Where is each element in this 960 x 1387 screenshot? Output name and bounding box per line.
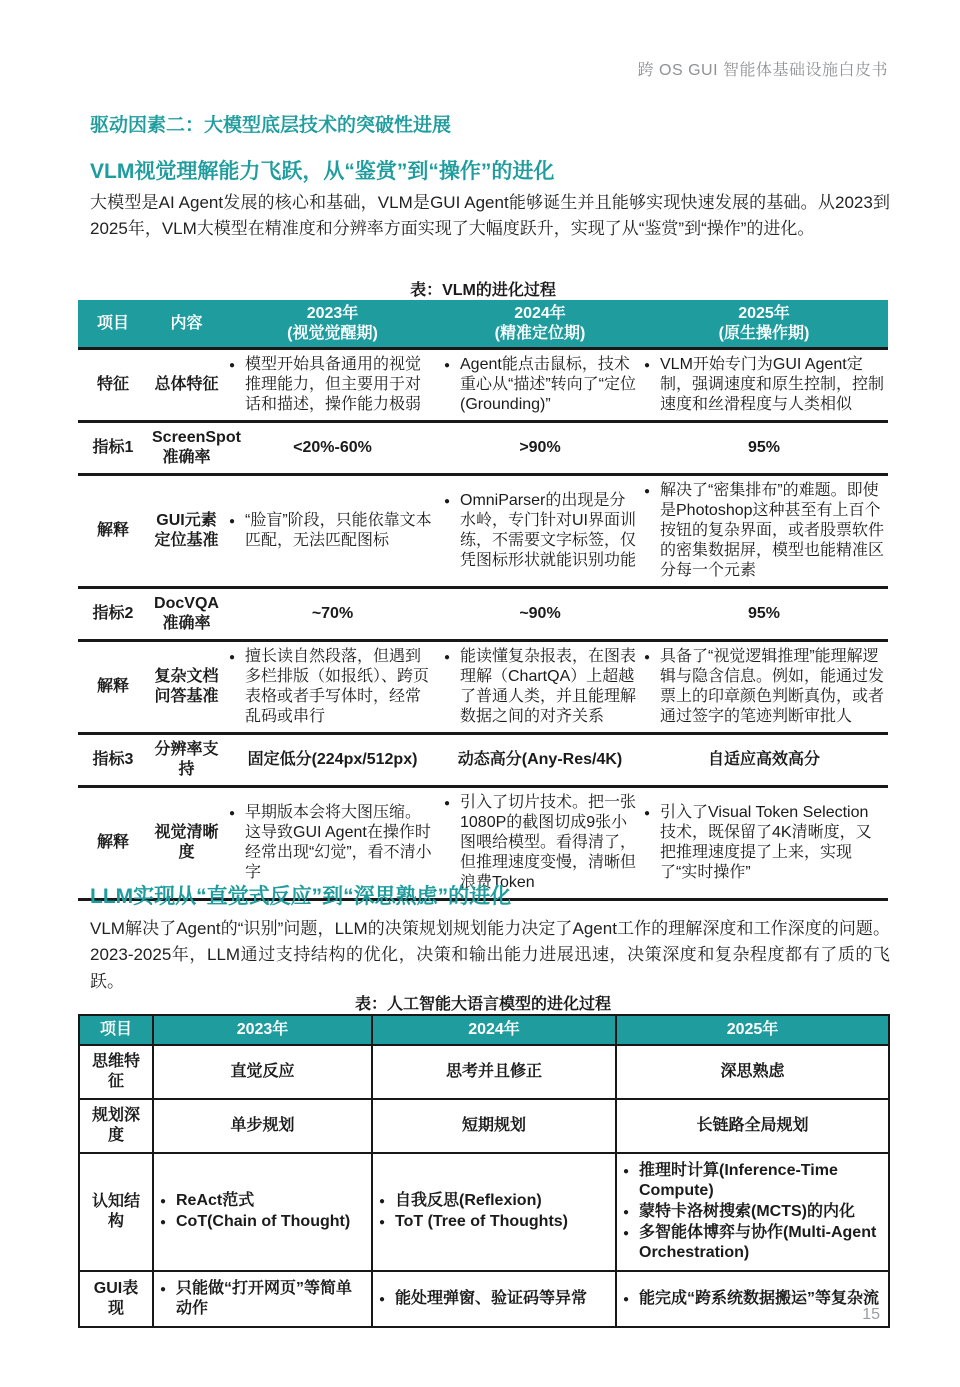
page-number: 15 (862, 1306, 880, 1324)
bullet-icon: ● (444, 793, 460, 809)
t1-row0-item: 特征 (78, 349, 148, 422)
t1-row5-2024: 动态高分(Any-Res/4K) (440, 734, 640, 787)
t2-row2-item: 认知结构 (79, 1153, 153, 1271)
llm-table: 项目 2023年 2024年 2025年 思维特征 直觉反应 思考并且修正 深思… (78, 1014, 890, 1328)
bullet-icon: ● (379, 1191, 395, 1207)
t1-row4-item: 解释 (78, 641, 148, 734)
vlm-table: 项目 内容 2023年 (视觉觉醒期) 2024年 (精准定位期) 2025年 … (78, 300, 888, 901)
t2-row3-2025: ●能完成“跨系统数据搬运”等复杂流 (616, 1271, 889, 1327)
t1-header-2025-line2: (原生操作期) (642, 324, 886, 344)
table-row: 解释 复杂文档问答基准 ●擅长读自然段落，但遇到多栏排版（如报纸）、跨页表格或者… (78, 641, 888, 734)
bullet-icon: ● (623, 1202, 639, 1218)
llm-table-caption: 表：人工智能大语言模型的进化过程 (78, 991, 888, 1014)
t1-row1-content: ScreenSpot准确率 (148, 422, 225, 475)
bullet-icon: ● (160, 1212, 176, 1228)
t1-row2-item: 解释 (78, 475, 148, 588)
t2-row3-item: GUI表现 (79, 1271, 153, 1327)
bullet-icon: ● (644, 355, 660, 371)
t1-row0-2024: ●Agent能点击鼠标，技术重心从“描述”转向了“定位(Grounding)” (440, 349, 640, 422)
t2-row2-2025: ●推理时计算(Inference-Time Compute) ●蒙特卡洛树搜索(… (616, 1153, 889, 1271)
table-row: 指标1 ScreenSpot准确率 <20%-60% >90% 95% (78, 422, 888, 475)
document-page: 跨 OS GUI 智能体基础设施白皮书 驱动因素二：大模型底层技术的突破性进展 … (0, 0, 960, 1387)
bullet-icon: ● (623, 1289, 639, 1305)
t2-row2-2025-bullet3: 多智能体博弈与协作(Multi-Agent Orchestration) (639, 1223, 882, 1263)
table-row: 特征 总体特征 ●模型开始具备通用的视觉推理能力，但主要用于对话和描述，操作能力… (78, 349, 888, 422)
t1-row2-2023-text: “脸盲”阶段，只能依靠文本匹配，无法匹配图标 (245, 511, 436, 551)
t1-row1-item: 指标1 (78, 422, 148, 475)
bullet-icon: ● (444, 355, 460, 371)
t2-row0-2023: 直觉反应 (153, 1045, 372, 1099)
t2-row3-2023: ●只能做“打开网页”等简单动作 (153, 1271, 372, 1327)
t1-row0-2025-text: VLM开始专门为GUI Agent定制，强调速度和原生控制，控制速度和丝滑程度与… (660, 355, 884, 415)
t2-row1-2023: 单步规划 (153, 1099, 372, 1153)
t2-row2-2023-bullet1: ReAct范式 (176, 1191, 365, 1211)
t2-row2-2024-bullet1: 自我反思(Reflexion) (395, 1191, 609, 1211)
t2-row3-2024: ●能处理弹窗、验证码等异常 (372, 1271, 616, 1327)
t1-header-content: 内容 (148, 300, 225, 349)
vlm-heading: VLM视觉理解能力飞跃，从“鉴赏”到“操作”的进化 (90, 155, 554, 185)
bullet-icon: ● (644, 481, 660, 497)
doc-header: 跨 OS GUI 智能体基础设施白皮书 (638, 57, 888, 80)
t1-row2-2023: ●“脸盲”阶段，只能依靠文本匹配，无法匹配图标 (225, 475, 440, 588)
t1-row4-2024-text: 能读懂复杂报表，在图表理解（ChartQA）上超越了普通人类，并且能理解数据之间… (460, 647, 636, 727)
t1-header-2023-line1: 2023年 (227, 304, 438, 324)
t1-row4-2025-text: 具备了“视觉逻辑推理”能理解逻辑与隐含信息。例如，能通过发票上的印章颜色判断真伪… (660, 647, 884, 727)
t1-row6-2025-text: 引入了Visual Token Selection技术，既保留了4K清晰度，又把… (660, 803, 884, 883)
t1-row5-content: 分辨率支持 (148, 734, 225, 787)
bullet-icon: ● (160, 1191, 176, 1207)
t1-row4-2024: ●能读懂复杂报表，在图表理解（ChartQA）上超越了普通人类，并且能理解数据之… (440, 641, 640, 734)
bullet-icon: ● (229, 803, 245, 819)
bullet-icon: ● (623, 1223, 639, 1239)
table-row: 指标3 分辨率支持 固定低分(224px/512px) 动态高分(Any-Res… (78, 734, 888, 787)
t2-row2-2024-bullet2: ToT (Tree of Thoughts) (395, 1212, 609, 1232)
vlm-table-header-row: 项目 内容 2023年 (视觉觉醒期) 2024年 (精准定位期) 2025年 … (78, 300, 888, 349)
t2-row1-2024: 短期规划 (372, 1099, 616, 1153)
llm-table-header-row: 项目 2023年 2024年 2025年 (79, 1015, 889, 1045)
bullet-icon: ● (160, 1279, 176, 1295)
t2-row2-2023: ●ReAct范式 ●CoT(Chain of Thought) (153, 1153, 372, 1271)
bullet-icon: ● (623, 1161, 639, 1177)
bullet-icon: ● (229, 647, 245, 663)
bullet-icon: ● (444, 647, 460, 663)
t1-header-2024-line1: 2024年 (442, 304, 638, 324)
t2-row0-2024: 思考并且修正 (372, 1045, 616, 1099)
table-row: GUI表现 ●只能做“打开网页”等简单动作 ●能处理弹窗、验证码等异常 ●能完成… (79, 1271, 889, 1327)
t1-row1-2025: 95% (640, 422, 888, 475)
t1-row1-2024: >90% (440, 422, 640, 475)
section-heading: 驱动因素二：大模型底层技术的突破性进展 (90, 110, 451, 137)
t1-row0-2024-text: Agent能点击鼠标，技术重心从“描述”转向了“定位(Grounding)” (460, 355, 636, 415)
t1-header-2024: 2024年 (精准定位期) (440, 300, 640, 349)
t1-row5-2023: 固定低分(224px/512px) (225, 734, 440, 787)
t1-row3-2023: ~70% (225, 588, 440, 641)
t1-row2-2025-text: 解决了“密集排布”的难题。即使是Photoshop这种甚至有上百个按钮的复杂界面… (660, 481, 884, 581)
t1-row6-2023-text: 早期版本会将大图压缩。这导致GUI Agent在操作时经常出现“幻觉”，看不清小… (245, 803, 436, 883)
table-row: 思维特征 直觉反应 思考并且修正 深思熟虑 (79, 1045, 889, 1099)
table-row: 指标2 DocVQA准确率 ~70% ~90% 95% (78, 588, 888, 641)
bullet-icon: ● (644, 803, 660, 819)
t2-row2-2023-bullet2: CoT(Chain of Thought) (176, 1212, 365, 1232)
t1-header-2023: 2023年 (视觉觉醒期) (225, 300, 440, 349)
vlm-table-caption: 表：VLM的进化过程 (78, 277, 888, 300)
bullet-icon: ● (229, 511, 245, 527)
t1-row4-2023-text: 擅长读自然段落，但遇到多栏排版（如报纸）、跨页表格或者手写体时，经常乱码或串行 (245, 647, 436, 727)
llm-paragraph: VLM解决了Agent的“识别”问题，LLM的决策规划规划能力决定了Agent工… (90, 916, 890, 995)
bullet-icon: ● (644, 647, 660, 663)
t1-header-2025: 2025年 (原生操作期) (640, 300, 888, 349)
t1-row1-2023: <20%-60% (225, 422, 440, 475)
t1-row3-item: 指标2 (78, 588, 148, 641)
t2-header-2023: 2023年 (153, 1015, 372, 1045)
t2-header-2025: 2025年 (616, 1015, 889, 1045)
t1-row4-2023: ●擅长读自然段落，但遇到多栏排版（如报纸）、跨页表格或者手写体时，经常乱码或串行 (225, 641, 440, 734)
t1-row4-2025: ●具备了“视觉逻辑推理”能理解逻辑与隐含信息。例如，能通过发票上的印章颜色判断真… (640, 641, 888, 734)
vlm-paragraph: 大模型是AI Agent发展的核心和基础，VLM是GUI Agent能够诞生并且… (90, 190, 890, 243)
bullet-icon: ● (379, 1289, 395, 1305)
t2-row0-2025: 深思熟虑 (616, 1045, 889, 1099)
t1-row0-2025: ●VLM开始专门为GUI Agent定制，强调速度和原生控制，控制速度和丝滑程度… (640, 349, 888, 422)
t2-row1-2025: 长链路全局规划 (616, 1099, 889, 1153)
t1-row6-2025: ●引入了Visual Token Selection技术，既保留了4K清晰度，又… (640, 787, 888, 900)
t2-header-item: 项目 (79, 1015, 153, 1045)
t1-row2-2024: ●OmniParser的出现是分水岭，专门针对UI界面训练，不需要文字标签，仅凭… (440, 475, 640, 588)
table-row: 认知结构 ●ReAct范式 ●CoT(Chain of Thought) ●自我… (79, 1153, 889, 1271)
t1-row3-content: DocVQA准确率 (148, 588, 225, 641)
t1-row5-item: 指标3 (78, 734, 148, 787)
t2-row3-2024-bullet1: 能处理弹窗、验证码等异常 (395, 1289, 609, 1309)
t1-row2-2024-text: OmniParser的出现是分水岭，专门针对UI界面训练，不需要文字标签，仅凭图… (460, 491, 636, 571)
t2-row2-2025-bullet1: 推理时计算(Inference-Time Compute) (639, 1161, 882, 1201)
table-row: 解释 GUI元素定位基准 ●“脸盲”阶段，只能依靠文本匹配，无法匹配图标 ●Om… (78, 475, 888, 588)
t1-row6-2024-text: 引入了切片技术。把一张1080P的截图切成9张小图喂给模型。看得清了，但推理速度… (460, 793, 636, 893)
t1-row0-2023: ●模型开始具备通用的视觉推理能力，但主要用于对话和描述，操作能力极弱 (225, 349, 440, 422)
t1-header-2025-line1: 2025年 (642, 304, 886, 324)
t1-row0-content: 总体特征 (148, 349, 225, 422)
t1-row5-2025: 自适应高效高分 (640, 734, 888, 787)
bullet-icon: ● (444, 491, 460, 507)
t2-row2-2024: ●自我反思(Reflexion) ●ToT (Tree of Thoughts) (372, 1153, 616, 1271)
t2-row0-item: 思维特征 (79, 1045, 153, 1099)
t1-header-item: 项目 (78, 300, 148, 349)
t2-row3-2023-bullet1: 只能做“打开网页”等简单动作 (176, 1279, 365, 1319)
t1-row3-2025: 95% (640, 588, 888, 641)
llm-heading: LLM实现从“直觉式反应”到“深思熟虑”的进化 (90, 880, 511, 910)
t1-row2-content: GUI元素定位基准 (148, 475, 225, 588)
table-row: 规划深度 单步规划 短期规划 长链路全局规划 (79, 1099, 889, 1153)
t1-row0-2023-text: 模型开始具备通用的视觉推理能力，但主要用于对话和描述，操作能力极弱 (245, 355, 436, 415)
t1-row3-2024: ~90% (440, 588, 640, 641)
t1-header-2024-line2: (精准定位期) (442, 324, 638, 344)
t2-row3-2025-bullet1: 能完成“跨系统数据搬运”等复杂流 (639, 1289, 882, 1309)
t2-row2-2025-bullet2: 蒙特卡洛树搜索(MCTS)的内化 (639, 1202, 882, 1222)
bullet-icon: ● (379, 1212, 395, 1228)
t1-row2-2025: ●解决了“密集排布”的难题。即使是Photoshop这种甚至有上百个按钮的复杂界… (640, 475, 888, 588)
bullet-icon: ● (229, 355, 245, 371)
t2-header-2024: 2024年 (372, 1015, 616, 1045)
t1-row4-content: 复杂文档问答基准 (148, 641, 225, 734)
t1-header-2023-line2: (视觉觉醒期) (227, 324, 438, 344)
t2-row1-item: 规划深度 (79, 1099, 153, 1153)
